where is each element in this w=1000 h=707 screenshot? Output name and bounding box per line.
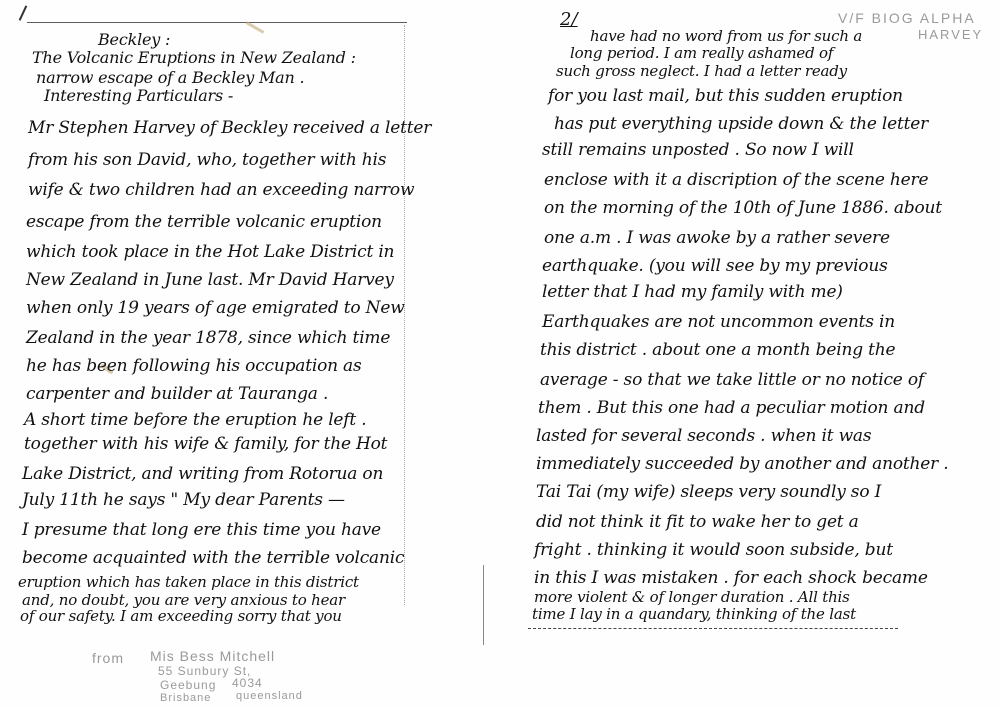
scanned-document: Beckley : The Volcanic Eruptions in New … xyxy=(0,0,1000,707)
pen-mark xyxy=(19,5,27,20)
text-line: Lake District, and writing from Rotorua … xyxy=(22,464,383,484)
text-line: earthquake. (you will see by my previous xyxy=(542,256,888,276)
archive-label-line2: HARVEY xyxy=(918,27,983,42)
text-line: escape from the terrible volcanic erupti… xyxy=(26,212,382,232)
heading-subtitle-2: Interesting Particulars - xyxy=(44,86,233,105)
text-line: Tai Tai (my wife) sleeps very soundly so… xyxy=(536,482,881,502)
bottom-border-rule xyxy=(528,628,898,630)
paper-stain xyxy=(246,21,265,34)
text-line: when only 19 years of age emigrated to N… xyxy=(26,298,405,318)
top-border-rule xyxy=(27,22,407,23)
text-line: Mr Stephen Harvey of Beckley received a … xyxy=(28,118,431,138)
text-line: which took place in the Hot Lake Distric… xyxy=(26,242,394,262)
text-line: on the morning of the 10th of June 1886.… xyxy=(544,198,942,218)
text-line: has put everything upside down & the let… xyxy=(554,114,928,134)
text-line: of our safety. I am exceeding sorry that… xyxy=(20,607,342,625)
text-line: them . But this one had a peculiar motio… xyxy=(538,398,925,418)
heading-subtitle: narrow escape of a Beckley Man . xyxy=(36,68,304,87)
text-line: have had no word from us for such a xyxy=(590,27,862,45)
provenance-name: Mis Bess Mitchell xyxy=(150,648,275,664)
text-line: in this I was mistaken . for each shock … xyxy=(534,568,928,588)
archive-label-line1: V/F BIOG ALPHA xyxy=(838,10,976,26)
text-line: more violent & of longer duration . All … xyxy=(534,588,850,606)
text-line: long period. I am really ashamed of xyxy=(570,44,833,62)
text-line: still remains unposted . So now I will xyxy=(542,140,854,160)
text-line: eruption which has taken place in this d… xyxy=(18,573,359,591)
text-line: carpenter and builder at Tauranga . xyxy=(26,384,328,404)
provenance-suburb: Geebung xyxy=(160,678,216,692)
provenance-state: queensland xyxy=(236,690,303,702)
text-line: New Zealand in June last. Mr David Harve… xyxy=(26,270,394,290)
heading-location: Beckley : xyxy=(98,30,170,49)
text-line: fright . thinking it would soon subside,… xyxy=(534,540,893,560)
text-line: this district . about one a month being … xyxy=(540,340,895,360)
text-line: enclose with it a discription of the sce… xyxy=(544,170,928,190)
text-line: lasted for several seconds . when it was xyxy=(536,426,871,446)
heading-title: The Volcanic Eruptions in New Zealand : xyxy=(32,48,356,67)
text-line: from his son David, who, together with h… xyxy=(28,150,386,170)
text-line: become acquainted with the terrible volc… xyxy=(22,548,404,568)
text-line: Zealand in the year 1878, since which ti… xyxy=(26,328,390,348)
text-line: did not think it fit to wake her to get … xyxy=(536,512,859,532)
text-line: I presume that long ere this time you ha… xyxy=(22,520,381,540)
text-line: together with his wife & family, for the… xyxy=(24,434,387,454)
text-line: July 11th he says " My dear Parents — xyxy=(22,490,345,510)
text-line: such gross neglect. I had a letter ready xyxy=(556,62,847,80)
text-line: immediately succeeded by another and ano… xyxy=(536,454,948,474)
page-number: 2/ xyxy=(560,9,578,30)
text-line: letter that I had my family with me) xyxy=(542,282,843,302)
text-line: time I lay in a quandary, thinking of th… xyxy=(532,605,856,623)
text-line: for you last mail, but this sudden erupt… xyxy=(548,86,903,106)
text-line: wife & two children had an exceeding nar… xyxy=(28,180,414,200)
text-line: Earthquakes are not uncommon events in xyxy=(542,312,895,332)
text-line: one a.m . I was awoke by a rather severe xyxy=(544,228,890,248)
text-line: A short time before the eruption he left… xyxy=(24,410,366,430)
provenance-city: Brisbane xyxy=(160,692,211,704)
text-line: average - so that we take little or no n… xyxy=(540,370,924,390)
scan-artifact-line xyxy=(483,565,484,645)
left-page: Beckley : The Volcanic Eruptions in New … xyxy=(0,0,500,707)
text-line: he has been following his occupation as xyxy=(26,356,362,376)
provenance-from: from xyxy=(92,650,124,666)
provenance-postcode: 4034 xyxy=(232,676,263,690)
